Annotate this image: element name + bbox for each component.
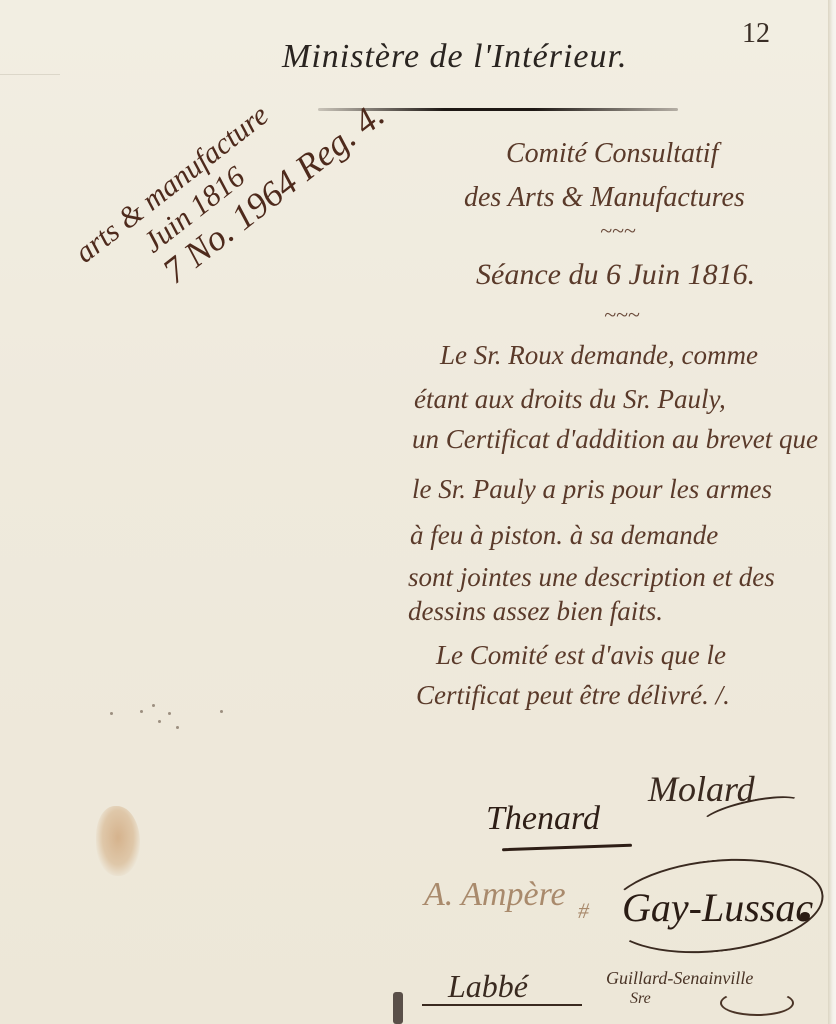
- paper-fold-mark: [0, 74, 60, 75]
- ampere-paraph-mark: #: [578, 898, 589, 924]
- ink-smudge: [393, 992, 403, 1024]
- signature-secretary-title: Sre: [630, 990, 651, 1008]
- body-line-9: Certificat peut être délivré. /.: [416, 680, 730, 711]
- signature-labbe: Labbé: [448, 968, 528, 1005]
- body-line-2: étant aux droits du Sr. Pauly,: [414, 384, 726, 415]
- paper-stain: [96, 806, 140, 876]
- signature-guillard-senainville: Guillard-Senainville: [606, 968, 753, 989]
- signature-gay-lussac: Gay-Lussac: [622, 884, 813, 931]
- body-line-3: un Certificat d'addition au brevet que: [412, 424, 818, 455]
- session-divider: ~~~: [604, 302, 640, 328]
- signature-labbe-underline: [422, 1004, 582, 1006]
- body-line-5: à feu à piston. à sa demande: [410, 520, 718, 551]
- committee-name-line-1: Comité Consultatif: [506, 138, 718, 170]
- margin-registration-note: arts & manufacture Juin 1816 7 No. 1964 …: [70, 44, 390, 326]
- page-right-edge: [828, 0, 836, 1024]
- body-line-4: le Sr. Pauly a pris pour les armes: [412, 474, 772, 505]
- signature-gay-lussac-dot: [800, 912, 810, 920]
- folio-number: 12: [742, 18, 770, 50]
- signature-thenard: Thenard: [486, 800, 600, 838]
- session-date: Séance du 6 Juin 1816.: [476, 258, 755, 292]
- body-line-6: sont jointes une description et des: [408, 562, 775, 593]
- manuscript-page: 12 Ministère de l'Intérieur. arts & manu…: [0, 0, 836, 1024]
- signature-guillard-flourish: [720, 990, 794, 1016]
- body-line-7: dessins assez bien faits.: [408, 596, 663, 627]
- header-divider: ~~~: [600, 218, 636, 244]
- signature-ampere: A. Ampère: [424, 876, 566, 914]
- committee-name-line-2: des Arts & Manufactures: [464, 182, 745, 214]
- body-line-8: Le Comité est d'avis que le: [436, 640, 726, 671]
- signature-thenard-underline: [502, 844, 632, 852]
- body-line-1: Le Sr. Roux demande, comme: [440, 340, 758, 371]
